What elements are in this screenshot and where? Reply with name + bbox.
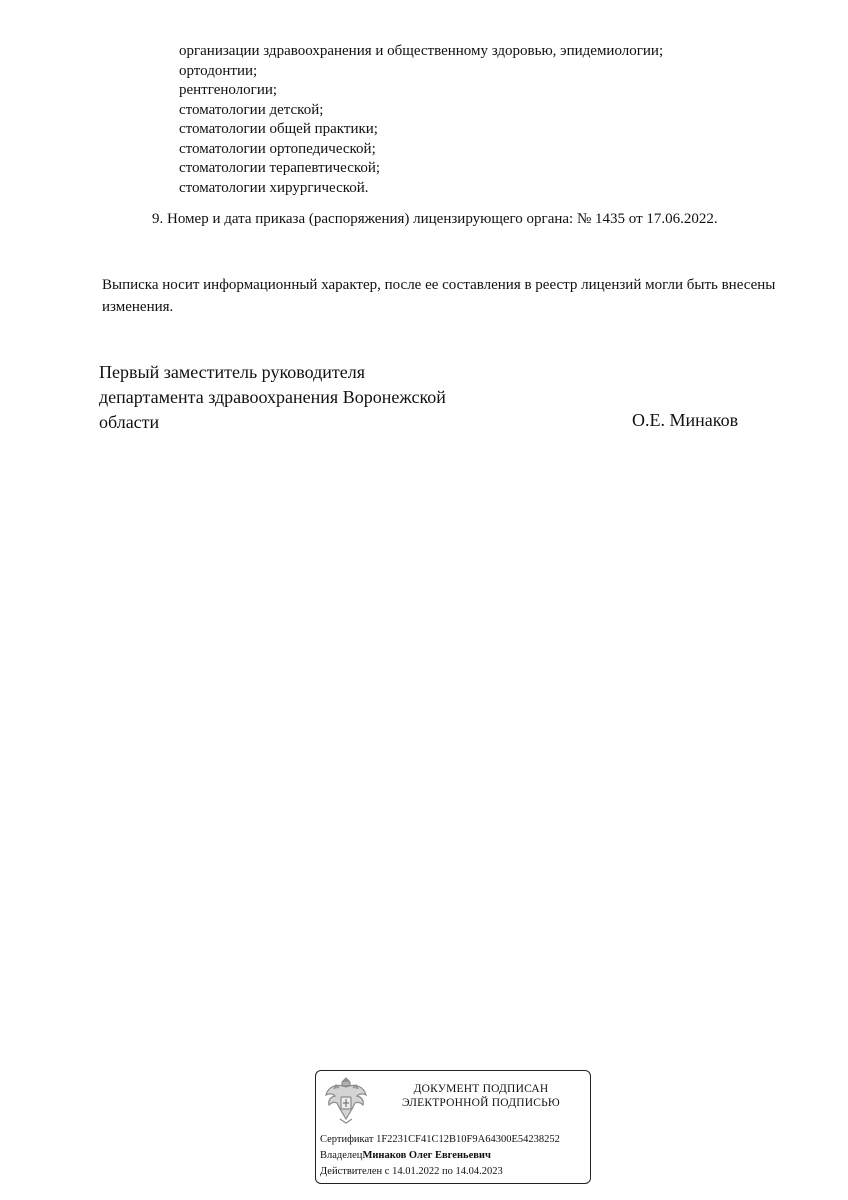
stamp-title: ДОКУМЕНТ ПОДПИСАН ЭЛЕКТРОННОЙ ПОДПИСЬЮ bbox=[376, 1082, 586, 1110]
list-item: стоматологии хирургической. bbox=[179, 179, 663, 199]
list-item: организации здравоохранения и общественн… bbox=[179, 42, 663, 62]
position-line: области bbox=[99, 410, 446, 435]
list-item: стоматологии общей практики; bbox=[179, 120, 663, 140]
list-item: ортодонтии; bbox=[179, 62, 663, 82]
informational-note: Выписка носит информационный характер, п… bbox=[102, 274, 812, 318]
electronic-signature-stamp: ДОКУМЕНТ ПОДПИСАН ЭЛЕКТРОННОЙ ПОДПИСЬЮ С… bbox=[315, 1070, 591, 1184]
list-item: стоматологии терапевтической; bbox=[179, 159, 663, 179]
certificate-row: Сертификат 1F2231CF41C12B10F9A64300E5423… bbox=[320, 1132, 560, 1148]
stamp-title-line: ЭЛЕКТРОННОЙ ПОДПИСЬЮ bbox=[376, 1096, 586, 1110]
list-item: рентгенологии; bbox=[179, 81, 663, 101]
stamp-details: Сертификат 1F2231CF41C12B10F9A64300E5423… bbox=[320, 1132, 560, 1180]
order-number-item: 9. Номер и дата приказа (распоряжения) л… bbox=[152, 211, 718, 228]
validity-label: Действителен bbox=[320, 1166, 382, 1177]
validity-value: с 14.01.2022 по 14.04.2023 bbox=[385, 1166, 503, 1177]
position-line: департамента здравоохранения Воронежской bbox=[99, 385, 446, 410]
list-item: стоматологии детской; bbox=[179, 101, 663, 121]
coat-of-arms-icon bbox=[322, 1075, 370, 1125]
signatory-position: Первый заместитель руководителя департам… bbox=[99, 360, 446, 435]
owner-row: ВладелецМинаков Олег Евгеньевич bbox=[320, 1148, 560, 1164]
certificate-label: Сертификат bbox=[320, 1134, 373, 1145]
stamp-title-line: ДОКУМЕНТ ПОДПИСАН bbox=[376, 1082, 586, 1096]
position-line: Первый заместитель руководителя bbox=[99, 360, 446, 385]
owner-label: Владелец bbox=[320, 1150, 362, 1161]
list-item: стоматологии ортопедической; bbox=[179, 140, 663, 160]
certificate-value: 1F2231CF41C12B10F9A64300E54238252 bbox=[376, 1134, 560, 1145]
signatory-name: О.Е. Минаков bbox=[632, 410, 738, 431]
validity-row: Действителен с 14.01.2022 по 14.04.2023 bbox=[320, 1164, 560, 1180]
owner-value: Минаков Олег Евгеньевич bbox=[362, 1150, 490, 1161]
specialties-list: организации здравоохранения и общественн… bbox=[179, 42, 663, 198]
